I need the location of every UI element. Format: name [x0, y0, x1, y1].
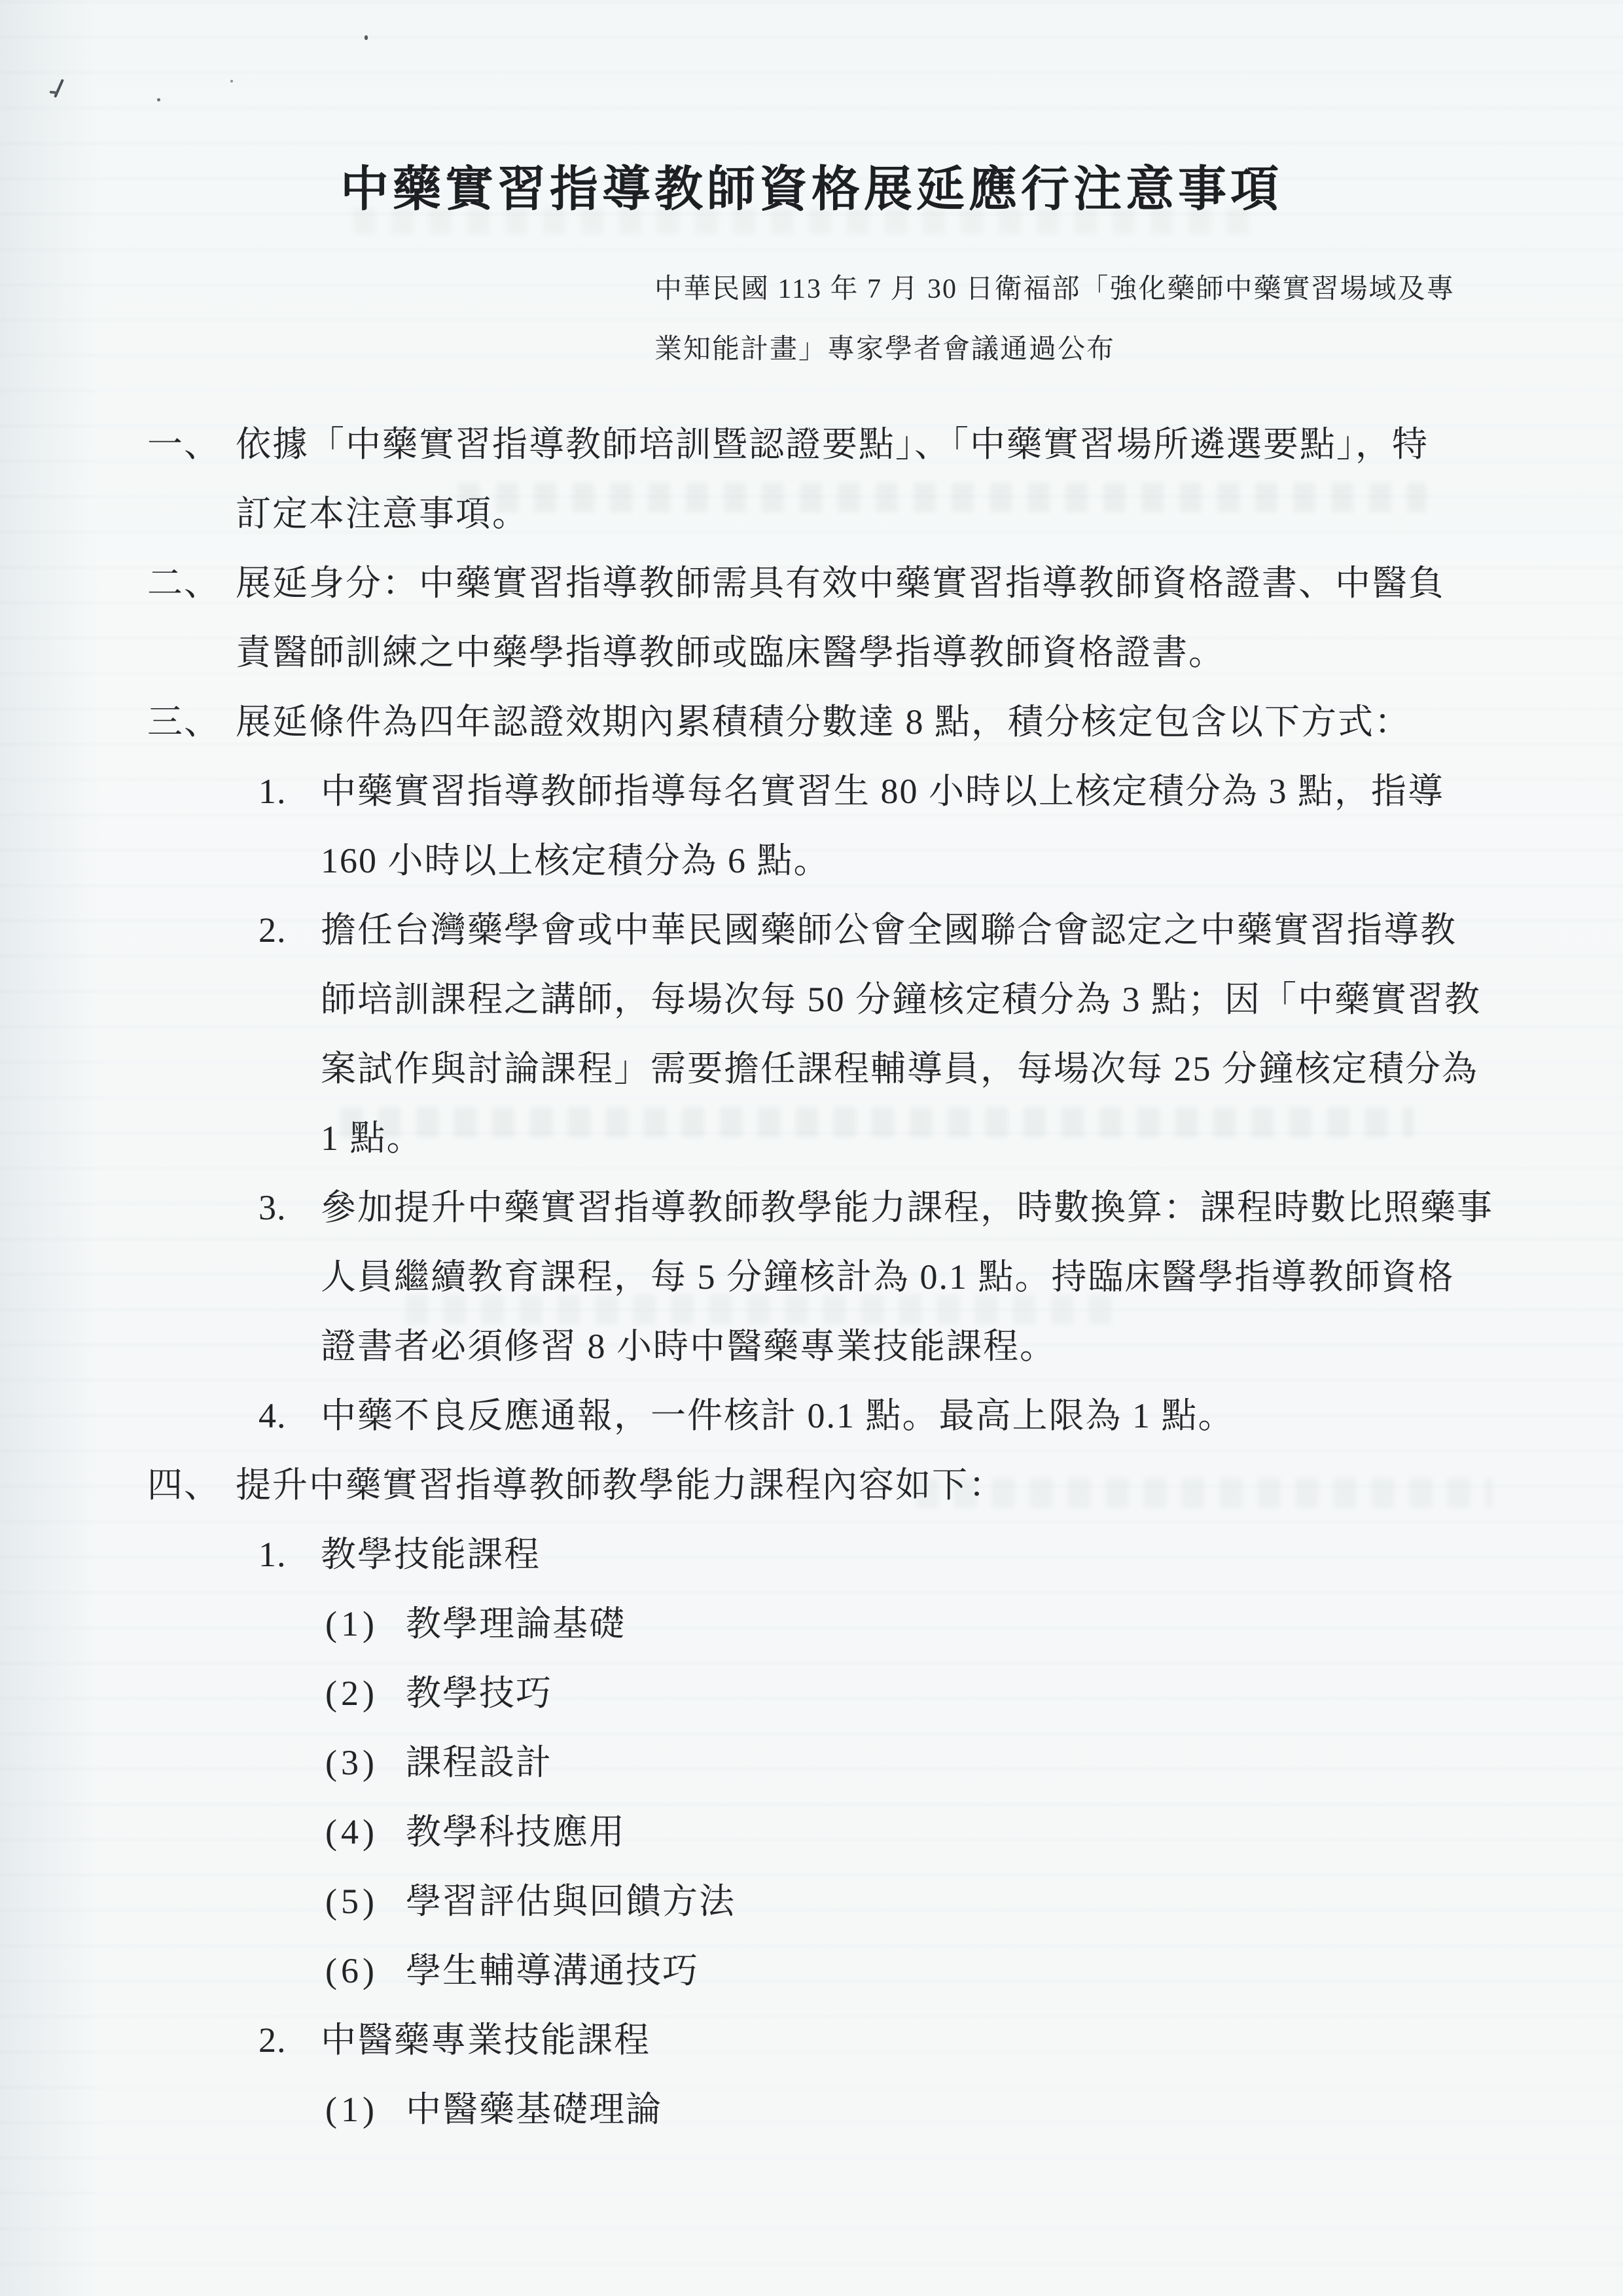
scan-artifact-dot	[365, 35, 368, 40]
section-4-item-1-subitem-4: (4)教學科技應用	[0, 1797, 1623, 1867]
subitem-number: (4)	[325, 1797, 406, 1867]
item-text: 教學技能課程	[321, 1535, 541, 1574]
section-2-text: 展延身分：中藥實習指導教師需具有效中藥實習指導教師資格證書、中醫負	[236, 564, 1445, 603]
section-2-text-2: 責醫師訓練之中藥學指導教師或臨床醫學指導教師資格證書。	[236, 633, 1225, 672]
item-number: 2.	[259, 2005, 321, 2075]
item-text: 人員繼續教育課程，每 5 分鐘核計為 0.1 點。持臨床醫學指導教師資格	[321, 1257, 1455, 1297]
item-text: 1 點。	[321, 1119, 423, 1158]
item-text: 師培訓課程之講師，每場次每 50 分鐘核定積分為 3 點；因「中藥實習教	[321, 980, 1481, 1019]
section-4-item-1-subitem-3: (3)課程設計	[0, 1728, 1623, 1797]
section-4-item-2: 2.中醫藥專業技能課程	[0, 2005, 1623, 2075]
section-1-text-2: 訂定本注意事項。	[236, 494, 529, 533]
item-text: 160 小時以上核定積分為 6 點。	[321, 841, 830, 880]
scan-artifact-dot	[157, 98, 160, 101]
section-3-label: 三、	[147, 687, 236, 757]
section-4-label: 四、	[147, 1450, 236, 1520]
document-subtitle: 中華民國 113 年 7 月 30 日衛福部「強化藥師中藥實習場域及專 業知能計…	[654, 259, 1623, 380]
section-3-item-1-continuation: 160 小時以上核定積分為 6 點。	[0, 826, 1623, 895]
subitem-number: (5)	[325, 1867, 406, 1936]
subitem-number: (3)	[325, 1728, 406, 1797]
section-3-item-3: 3.參加提升中藥實習指導教師教學能力課程，時數換算：課程時數比照藥事	[0, 1173, 1623, 1242]
subitem-text: 學習評估與回饋方法	[406, 1882, 736, 1921]
subitem-text: 學生輔導溝通技巧	[406, 1951, 699, 1990]
section-1-text: 依據「中藥實習指導教師培訓暨認證要點」、「中藥實習場所遴選要點」，特	[236, 425, 1429, 464]
section-3-item-2: 2.擔任台灣藥學會或中華民國藥師公會全國聯合會認定之中藥實習指導教	[0, 895, 1623, 965]
item-text: 中醫藥專業技能課程	[321, 2020, 651, 2060]
subitem-number: (2)	[325, 1659, 406, 1728]
item-text: 案試作與討論課程」需要擔任課程輔導員，每場次每 25 分鐘核定積分為	[321, 1049, 1478, 1088]
item-number: 1.	[259, 1520, 321, 1589]
section-3-text: 展延條件為四年認證效期內累積積分數達 8 點，積分核定包含以下方式：	[236, 702, 1411, 742]
item-number: 2.	[259, 895, 321, 965]
subitem-number: (6)	[325, 1936, 406, 2005]
section-3-item-2-continuation: 1 點。	[0, 1103, 1623, 1173]
section-4-item-2-subitem-1: (1)中醫藥基礎理論	[0, 2075, 1623, 2144]
section-4-text: 提升中藥實習指導教師教學能力課程內容如下：	[236, 1465, 1005, 1505]
section-4-item-1: 1.教學技能課程	[0, 1520, 1623, 1589]
item-text: 證書者必須修習 8 小時中醫藥專業技能課程。	[321, 1327, 1056, 1366]
item-text: 參加提升中藥實習指導教師教學能力課程，時數換算：課程時數比照藥事	[321, 1188, 1493, 1227]
subitem-text: 課程設計	[406, 1743, 552, 1782]
section-3-item-2-continuation: 師培訓課程之講師，每場次每 50 分鐘核定積分為 3 點；因「中藥實習教	[0, 965, 1623, 1034]
section-1-continuation: 訂定本注意事項。	[0, 479, 1623, 548]
subitem-text: 教學理論基礎	[406, 1604, 626, 1643]
section-4-item-1-subitem-2: (2)教學技巧	[0, 1659, 1623, 1728]
item-text: 中藥不良反應通報，一件核計 0.1 點。最高上限為 1 點。	[321, 1396, 1235, 1435]
subitem-text: 中醫藥基礎理論	[406, 2090, 662, 2129]
section-3-item-4: 4.中藥不良反應通報，一件核計 0.1 點。最高上限為 1 點。	[0, 1381, 1623, 1450]
section-4-item-1-subitem-1: (1)教學理論基礎	[0, 1589, 1623, 1659]
section-3-item-1: 1.中藥實習指導教師指導每名實習生 80 小時以上核定積分為 3 點，指導	[0, 757, 1623, 826]
item-text: 中藥實習指導教師指導每名實習生 80 小時以上核定積分為 3 點，指導	[321, 772, 1444, 811]
subtitle-line-1: 中華民國 113 年 7 月 30 日衛福部「強化藥師中藥實習場域及專	[654, 259, 1623, 319]
scan-artifact-tick	[54, 79, 64, 98]
section-1-label: 一、	[147, 410, 236, 479]
subitem-number: (1)	[325, 2075, 406, 2144]
section-4-item-1-subitem-6: (6)學生輔導溝通技巧	[0, 1936, 1623, 2005]
section-3-item-3-continuation: 證書者必須修習 8 小時中醫藥專業技能課程。	[0, 1312, 1623, 1381]
section-4-row: 四、提升中藥實習指導教師教學能力課程內容如下：	[0, 1450, 1623, 1520]
subtitle-line-2: 業知能計畫」專家學者會議通過公布	[654, 319, 1623, 380]
document-page: 中藥實習指導教師資格展延應行注意事項 中華民國 113 年 7 月 30 日衛福…	[0, 0, 1623, 2296]
section-2-label: 二、	[147, 548, 236, 618]
section-3-item-2-continuation: 案試作與討論課程」需要擔任課程輔導員，每場次每 25 分鐘核定積分為	[0, 1034, 1623, 1103]
item-number: 1.	[259, 757, 321, 826]
scan-artifact-dot	[230, 80, 233, 82]
document-body: 一、依據「中藥實習指導教師培訓暨認證要點」、「中藥實習場所遴選要點」，特 訂定本…	[0, 410, 1623, 2144]
subitem-text: 教學技巧	[406, 1674, 552, 1713]
section-4-item-1-subitem-5: (5)學習評估與回饋方法	[0, 1867, 1623, 1936]
item-text: 擔任台灣藥學會或中華民國藥師公會全國聯合會認定之中藥實習指導教	[321, 910, 1457, 950]
section-3-item-3-continuation: 人員繼續教育課程，每 5 分鐘核計為 0.1 點。持臨床醫學指導教師資格	[0, 1242, 1623, 1312]
item-number: 4.	[259, 1381, 321, 1450]
subitem-text: 教學科技應用	[406, 1812, 626, 1852]
section-2-continuation: 責醫師訓練之中藥學指導教師或臨床醫學指導教師資格證書。	[0, 618, 1623, 687]
section-1-row: 一、依據「中藥實習指導教師培訓暨認證要點」、「中藥實習場所遴選要點」，特	[0, 410, 1623, 479]
item-number: 3.	[259, 1173, 321, 1242]
section-2-row: 二、展延身分：中藥實習指導教師需具有效中藥實習指導教師資格證書、中醫負	[0, 548, 1623, 618]
section-3-row: 三、展延條件為四年認證效期內累積積分數達 8 點，積分核定包含以下方式：	[0, 687, 1623, 757]
subitem-number: (1)	[325, 1589, 406, 1659]
document-title: 中藥實習指導教師資格展延應行注意事項	[0, 158, 1623, 221]
